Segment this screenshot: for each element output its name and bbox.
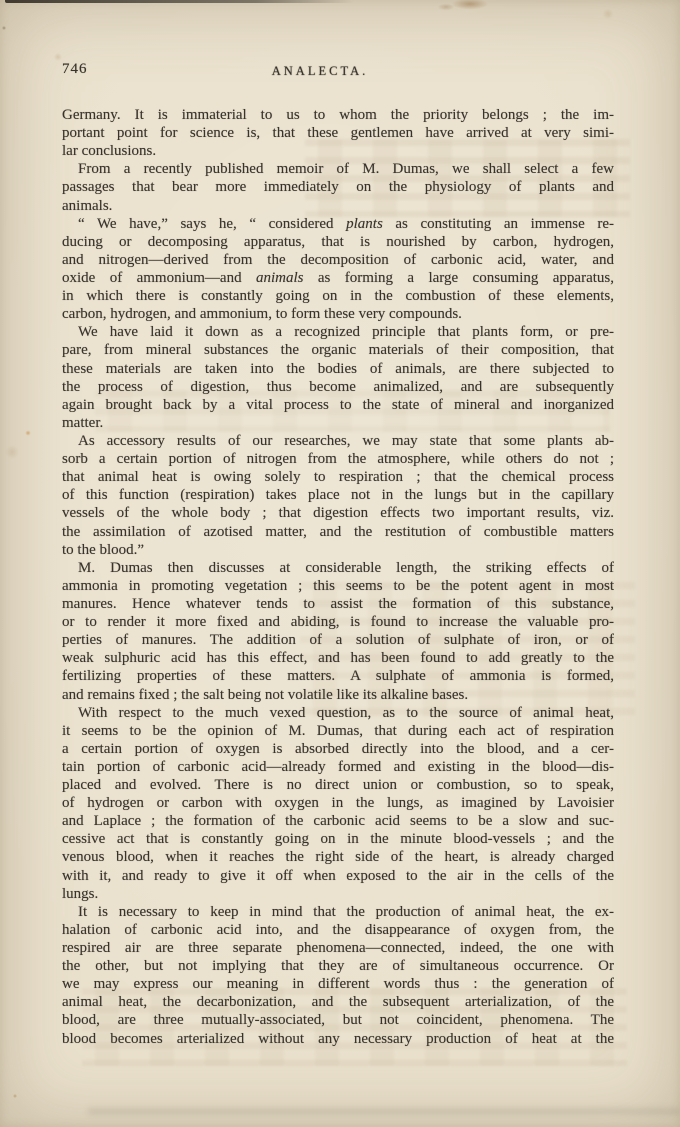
text-line: “ We have,” says he, “ considered plants… [62, 215, 614, 233]
text-line: oxide of ammonium—and animals as forming… [62, 269, 614, 287]
text-line: Germany. It is immaterial to us to whom … [62, 106, 614, 124]
text-line: M. Dumas then discusses at considerable … [62, 559, 614, 577]
text-line: portant point for science is, that these… [62, 124, 614, 142]
text-line: weak sulphuric acid has this effect, and… [62, 649, 614, 667]
text-line: and remains fixed ; the salt being not v… [62, 686, 614, 704]
text-line: a certain portion of oxygen is absorbed … [62, 740, 614, 758]
text-line: vessels of the whole body ; that digesti… [62, 504, 614, 522]
text-line: tain portion of carbonic acid—already fo… [62, 758, 614, 776]
paragraph-7: With respect to the much vexed question,… [62, 704, 614, 903]
text-line: and nitrogen—derived from the decomposit… [62, 251, 614, 269]
text-line: With respect to the much vexed question,… [62, 704, 614, 722]
text-line: cessive act that is constantly going on … [62, 830, 614, 848]
text-line: we may express our meaning in different … [62, 975, 614, 993]
text-line: halation of carbonic acid into, and the … [62, 921, 614, 939]
text-line: manures. Hence whatever tends to assist … [62, 595, 614, 613]
paragraph-2: From a recently published memoir of M. D… [62, 160, 614, 214]
text-line: As accessory results of our researches, … [62, 432, 614, 450]
text-line: the assimilation of azotised matter, and… [62, 523, 614, 541]
text-line: respired air are three separate phenomen… [62, 939, 614, 957]
text-line: It is necessary to keep in mind that the… [62, 903, 614, 921]
text-line: it seems to be the opinion of M. Dumas, … [62, 722, 614, 740]
text-line: in which there is constantly going on in… [62, 287, 614, 305]
paragraph-8: It is necessary to keep in mind that the… [62, 903, 614, 1048]
text-line: again brought back by a vital process to… [62, 396, 614, 414]
text-line: lar conclusions. [62, 142, 614, 160]
paragraph-1: Germany. It is immaterial to us to whom … [62, 106, 614, 160]
page-text: Germany. It is immaterial to us to whom … [62, 106, 614, 1048]
text-line: carbon, hydrogen, and ammonium, to form … [62, 305, 614, 323]
text-line: with it, and ready to give it off when e… [62, 867, 614, 885]
text-line: of hydrogen or carbon with oxygen in the… [62, 794, 614, 812]
text-line: lungs. [62, 885, 614, 903]
text-line: animal heat, the decarbonization, and th… [62, 993, 614, 1011]
text-line: or to render it more fixed and abiding, … [62, 613, 614, 631]
scan-shadow [88, 1108, 680, 1115]
text-line: placed and evolved. There is no direct u… [62, 776, 614, 794]
paragraph-6: M. Dumas then discusses at considerable … [62, 559, 614, 704]
text-line: matter. [62, 414, 614, 432]
text-line: ammonia in promoting vegetation ; this s… [62, 577, 614, 595]
paragraph-5: As accessory results of our researches, … [62, 432, 614, 559]
text-line: the other, but not implying that they ar… [62, 957, 614, 975]
book-page: 746 ANALECTA. Germany. It is immaterial … [0, 0, 680, 1127]
text-line: From a recently published memoir of M. D… [62, 160, 614, 178]
paragraph-3: “ We have,” says he, “ considered plants… [62, 215, 614, 324]
text-line: animals. [62, 197, 614, 215]
text-line: We have laid it down as a recognized pri… [62, 323, 614, 341]
text-line: and Laplace ; the formation of the carbo… [62, 812, 614, 830]
text-line: pare, from mineral substances the organi… [62, 341, 614, 359]
text-line: venous blood, when it reaches the right … [62, 848, 614, 866]
text-line: blood, are three mutually-associated, bu… [62, 1011, 614, 1029]
paragraph-4: We have laid it down as a recognized pri… [62, 323, 614, 432]
text-line: ducing or decomposing apparatus, that is… [62, 233, 614, 251]
text-line: blood becomes arterialized without any n… [62, 1030, 614, 1048]
text-line: perties of manures. The addition of a so… [62, 631, 614, 649]
text-line: fertilizing properties of these matters.… [62, 667, 614, 685]
text-line: these materials are taken into the bodie… [62, 360, 614, 378]
text-line: passages that bear more immediately on t… [62, 178, 614, 196]
text-line: that animal heat is owing solely to resp… [62, 468, 614, 486]
text-line: the process of digestion, thus become an… [62, 378, 614, 396]
scan-edge-artifact [5, 0, 353, 3]
text-line: of this function (respiration) takes pla… [62, 486, 614, 504]
running-title: ANALECTA. [62, 64, 578, 79]
text-line: sorb a certain portion of nitrogen from … [62, 450, 614, 468]
text-line: to the blood.” [62, 541, 614, 559]
